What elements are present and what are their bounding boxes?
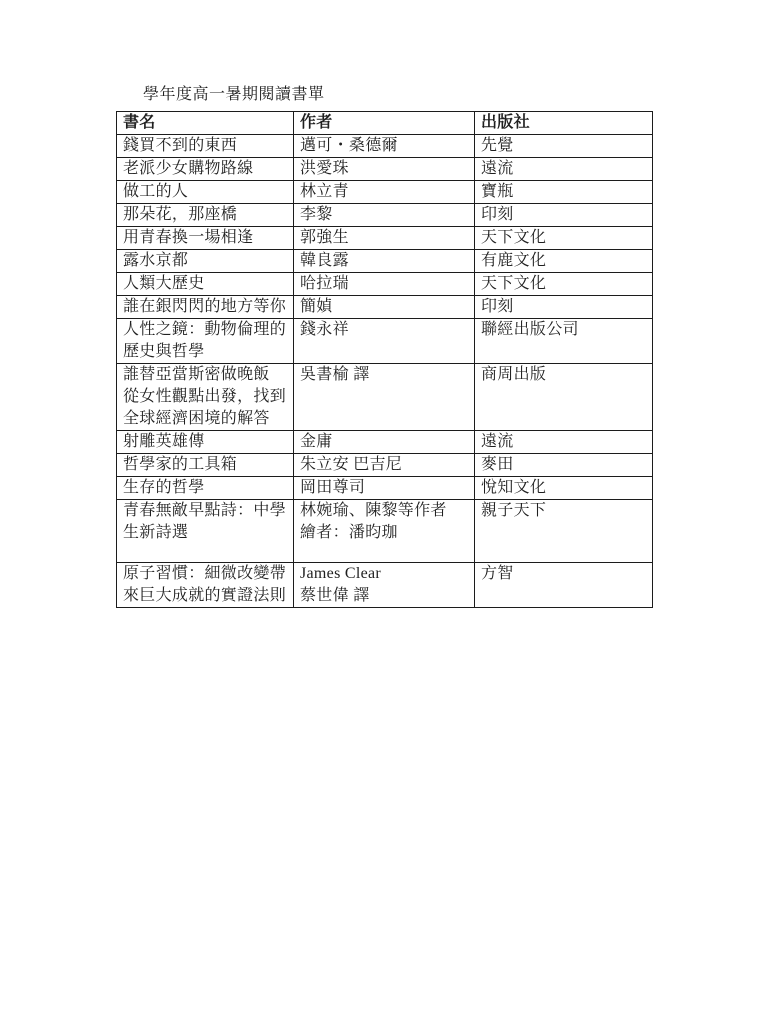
book-title-cell: 射雕英雄傳 xyxy=(117,431,294,454)
table-row: 誰在銀閃閃的地方等你 簡媜 印刻 xyxy=(117,296,653,319)
table-row: 人類大歷史 哈拉瑞 天下文化 xyxy=(117,273,653,296)
publisher-cell: 寶瓶 xyxy=(475,181,653,204)
author-cell: 吳書榆 譯 xyxy=(294,364,475,431)
publisher-cell: 天下文化 xyxy=(475,273,653,296)
author-cell: 林婉瑜、陳黎等作者 繪者：潘昀珈 xyxy=(294,500,475,563)
book-title-cell: 露水京都 xyxy=(117,250,294,273)
author-cell: 金庸 xyxy=(294,431,475,454)
table-row: 哲學家的工具箱 朱立安 巴吉尼 麥田 xyxy=(117,454,653,477)
table-row: 原子習慣：細微改變帶 來巨大成就的實證法則 James Clear 蔡世偉 譯 … xyxy=(117,563,653,608)
book-title-cell: 哲學家的工具箱 xyxy=(117,454,294,477)
author-cell: 邁可・桑德爾 xyxy=(294,135,475,158)
author-cell: 郭強生 xyxy=(294,227,475,250)
publisher-cell: 天下文化 xyxy=(475,227,653,250)
table-row: 露水京都 韓良露 有鹿文化 xyxy=(117,250,653,273)
author-cell: 韓良露 xyxy=(294,250,475,273)
author-cell: 錢永祥 xyxy=(294,319,475,364)
book-title-cell: 誰在銀閃閃的地方等你 xyxy=(117,296,294,319)
book-title-cell: 青春無敵早點詩：中學 生新詩選 xyxy=(117,500,294,563)
book-title-cell: 誰替亞當斯密做晚飯 從女性觀點出發，找到 全球經濟困境的解答 xyxy=(117,364,294,431)
publisher-cell: 方智 xyxy=(475,563,653,608)
column-header-publisher: 出版社 xyxy=(475,112,653,135)
publisher-cell: 親子天下 xyxy=(475,500,653,563)
publisher-cell: 聯經出版公司 xyxy=(475,319,653,364)
table-body: 錢買不到的東西 邁可・桑德爾 先覺 老派少女購物路線 洪愛珠 遠流 做工的人 林… xyxy=(117,135,653,608)
book-title-cell: 老派少女購物路線 xyxy=(117,158,294,181)
column-header-book-title: 書名 xyxy=(117,112,294,135)
book-title-cell: 人性之鏡：動物倫理的 歷史與哲學 xyxy=(117,319,294,364)
reading-list-table: 書名 作者 出版社 錢買不到的東西 邁可・桑德爾 先覺 老派少女購物路線 洪愛珠… xyxy=(116,111,653,608)
publisher-cell: 有鹿文化 xyxy=(475,250,653,273)
author-cell: 洪愛珠 xyxy=(294,158,475,181)
table-row: 錢買不到的東西 邁可・桑德爾 先覺 xyxy=(117,135,653,158)
author-cell: 李黎 xyxy=(294,204,475,227)
table-row: 青春無敵早點詩：中學 生新詩選 林婉瑜、陳黎等作者 繪者：潘昀珈 親子天下 xyxy=(117,500,653,563)
publisher-cell: 遠流 xyxy=(475,431,653,454)
book-title-cell: 生存的哲學 xyxy=(117,477,294,500)
table-header: 書名 作者 出版社 xyxy=(117,112,653,135)
book-title-cell: 做工的人 xyxy=(117,181,294,204)
publisher-cell: 印刻 xyxy=(475,204,653,227)
table-row: 生存的哲學 岡田尊司 悅知文化 xyxy=(117,477,653,500)
book-title-cell: 原子習慣：細微改變帶 來巨大成就的實證法則 xyxy=(117,563,294,608)
table-row: 射雕英雄傳 金庸 遠流 xyxy=(117,431,653,454)
table-row: 做工的人 林立青 寶瓶 xyxy=(117,181,653,204)
book-title-cell: 那朵花，那座橋 xyxy=(117,204,294,227)
column-header-author: 作者 xyxy=(294,112,475,135)
publisher-cell: 先覺 xyxy=(475,135,653,158)
table-row: 那朵花，那座橋 李黎 印刻 xyxy=(117,204,653,227)
document-page: 學年度高一暑期閱讀書單 書名 作者 出版社 錢買不到的東西 邁可・桑德爾 先覺 … xyxy=(0,0,768,1024)
publisher-cell: 麥田 xyxy=(475,454,653,477)
book-title-cell: 錢買不到的東西 xyxy=(117,135,294,158)
header-row: 書名 作者 出版社 xyxy=(117,112,653,135)
publisher-cell: 悅知文化 xyxy=(475,477,653,500)
author-cell: 朱立安 巴吉尼 xyxy=(294,454,475,477)
publisher-cell: 印刻 xyxy=(475,296,653,319)
table-row: 人性之鏡：動物倫理的 歷史與哲學 錢永祥 聯經出版公司 xyxy=(117,319,653,364)
table-row: 用青春換一場相逢 郭強生 天下文化 xyxy=(117,227,653,250)
table-row: 老派少女購物路線 洪愛珠 遠流 xyxy=(117,158,653,181)
page-title: 學年度高一暑期閱讀書單 xyxy=(143,86,325,104)
author-cell: 哈拉瑞 xyxy=(294,273,475,296)
author-cell: 岡田尊司 xyxy=(294,477,475,500)
publisher-cell: 遠流 xyxy=(475,158,653,181)
publisher-cell: 商周出版 xyxy=(475,364,653,431)
book-title-cell: 用青春換一場相逢 xyxy=(117,227,294,250)
author-cell: 簡媜 xyxy=(294,296,475,319)
table-row: 誰替亞當斯密做晚飯 從女性觀點出發，找到 全球經濟困境的解答 吳書榆 譯 商周出… xyxy=(117,364,653,431)
book-title-cell: 人類大歷史 xyxy=(117,273,294,296)
author-cell: 林立青 xyxy=(294,181,475,204)
author-cell: James Clear 蔡世偉 譯 xyxy=(294,563,475,608)
